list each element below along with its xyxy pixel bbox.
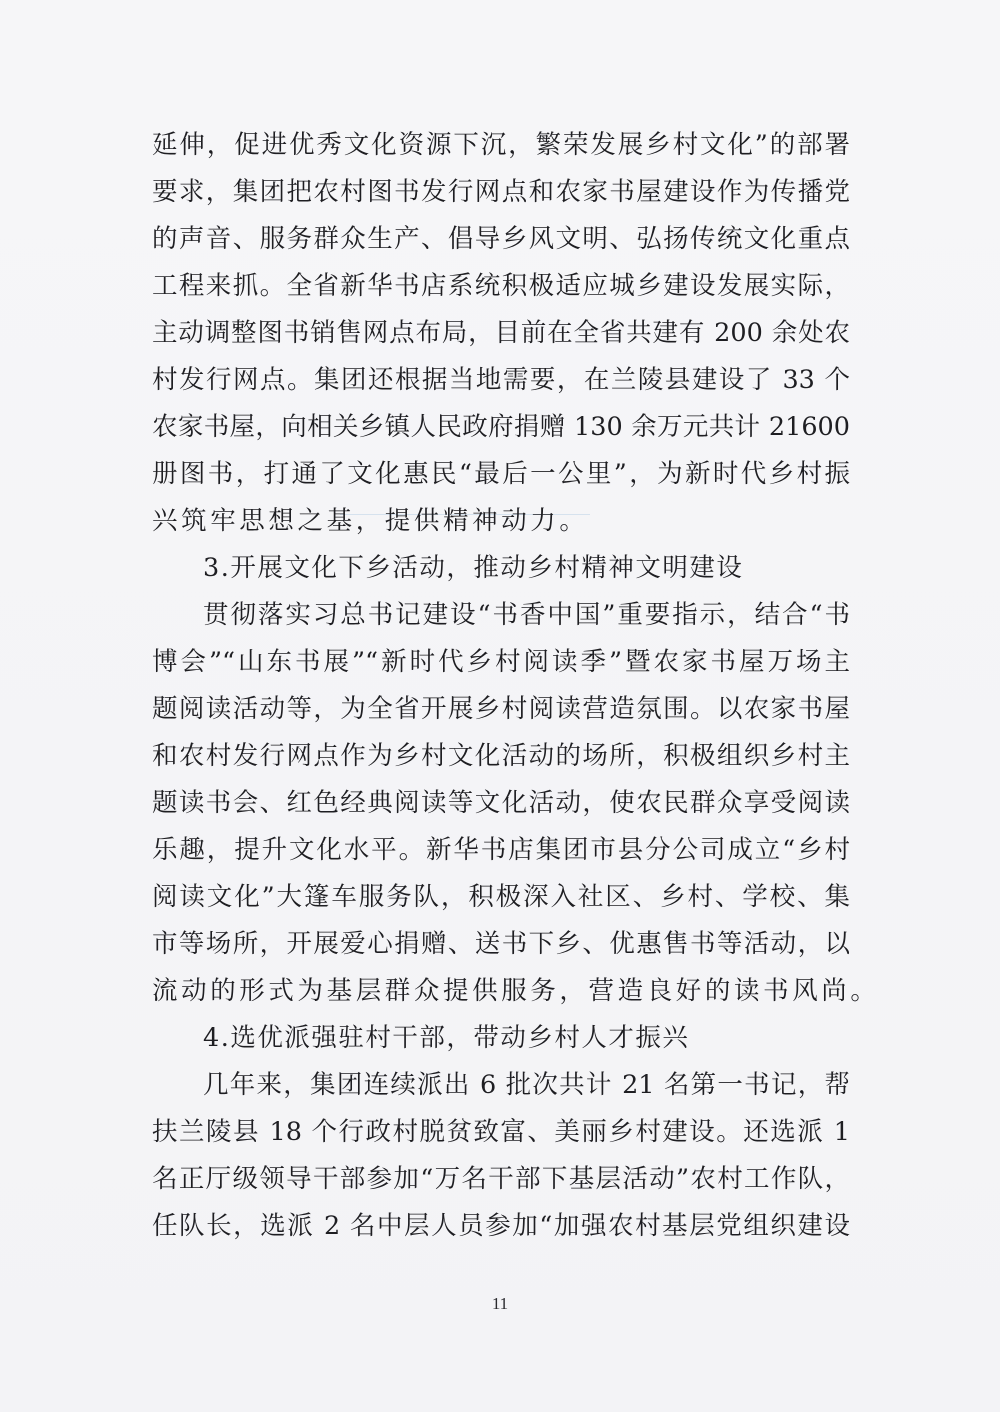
- text-line: 任队长，选派 2 名中层人员参加“加强农村基层党组织建设: [152, 1203, 850, 1250]
- text-line: 题阅读活动等，为全省开展乡村阅读营造氛围。以农家书屋: [152, 686, 850, 733]
- text-line: 几年来，集团连续派出 6 批次共计 21 名第一书记，帮: [152, 1062, 850, 1109]
- text-line: 要求，集团把农村图书发行网点和农家书屋建设作为传播党: [152, 169, 850, 216]
- paragraph-continued: 延伸，促进优秀文化资源下沉，繁荣发展乡村文化”的部署 要求，集团把农村图书发行网…: [152, 122, 850, 545]
- text-line: 市等场所，开展爱心捐赠、送书下乡、优惠售书等活动，以: [152, 921, 850, 968]
- text-line: 册图书，打通了文化惠民“最后一公里”，为新时代乡村振: [152, 451, 850, 498]
- page-content: 延伸，促进优秀文化资源下沉，繁荣发展乡村文化”的部署 要求，集团把农村图书发行网…: [152, 122, 850, 1250]
- text-line: 乐趣，提升文化水平。新华书店集团市县分公司成立“乡村: [152, 827, 850, 874]
- text-line: 村发行网点。集团还根据当地需要，在兰陵县建设了 33 个: [152, 357, 850, 404]
- text-line: 和农村发行网点作为乡村文化活动的场所，积极组织乡村主: [152, 733, 850, 780]
- text-line: 延伸，促进优秀文化资源下沉，繁荣发展乡村文化”的部署: [152, 122, 850, 169]
- text-line: 工程来抓。全省新华书店系统积极适应城乡建设发展实际，: [152, 263, 850, 310]
- text-line: 扶兰陵县 18 个行政村脱贫致富、美丽乡村建设。还选派 1: [152, 1109, 850, 1156]
- section-heading-3: 3.开展文化下乡活动，推动乡村精神文明建设: [152, 545, 850, 592]
- paragraph-section-4: 几年来，集团连续派出 6 批次共计 21 名第一书记，帮 扶兰陵县 18 个行政…: [152, 1062, 850, 1250]
- text-line: 阅读文化”大篷车服务队，积极深入社区、乡村、学校、集: [152, 874, 850, 921]
- document-page: 延伸，促进优秀文化资源下沉，繁荣发展乡村文化”的部署 要求，集团把农村图书发行网…: [0, 0, 1000, 1412]
- text-line: 贯彻落实习总书记建设“书香中国”重要指示，结合“书: [152, 592, 850, 639]
- heading-text: 3.开展文化下乡活动，推动乡村精神文明建设: [152, 545, 850, 592]
- text-line: 兴筑牢思想之基，提供精神动力。: [152, 498, 850, 545]
- text-line: 博会”“山东书展”“新时代乡村阅读季”暨农家书屋万场主: [152, 639, 850, 686]
- heading-text: 4.选优派强驻村干部，带动乡村人才振兴: [152, 1015, 850, 1062]
- text-line: 名正厅级领导干部参加“万名干部下基层活动”农村工作队，: [152, 1156, 850, 1203]
- text-line: 题读书会、红色经典阅读等文化活动，使农民群众享受阅读: [152, 780, 850, 827]
- page-number: 11: [0, 1294, 1000, 1314]
- section-heading-4: 4.选优派强驻村干部，带动乡村人才振兴: [152, 1015, 850, 1062]
- text-line: 农家书屋，向相关乡镇人民政府捐赠 130 余万元共计 21600: [152, 404, 850, 451]
- text-line: 的声音、服务群众生产、倡导乡风文明、弘扬传统文化重点: [152, 216, 850, 263]
- text-line: 主动调整图书销售网点布局，目前在全省共建有 200 余处农: [152, 310, 850, 357]
- text-line: 流动的形式为基层群众提供服务，营造良好的读书风尚。: [152, 968, 850, 1015]
- paragraph-section-3: 贯彻落实习总书记建设“书香中国”重要指示，结合“书 博会”“山东书展”“新时代乡…: [152, 592, 850, 1015]
